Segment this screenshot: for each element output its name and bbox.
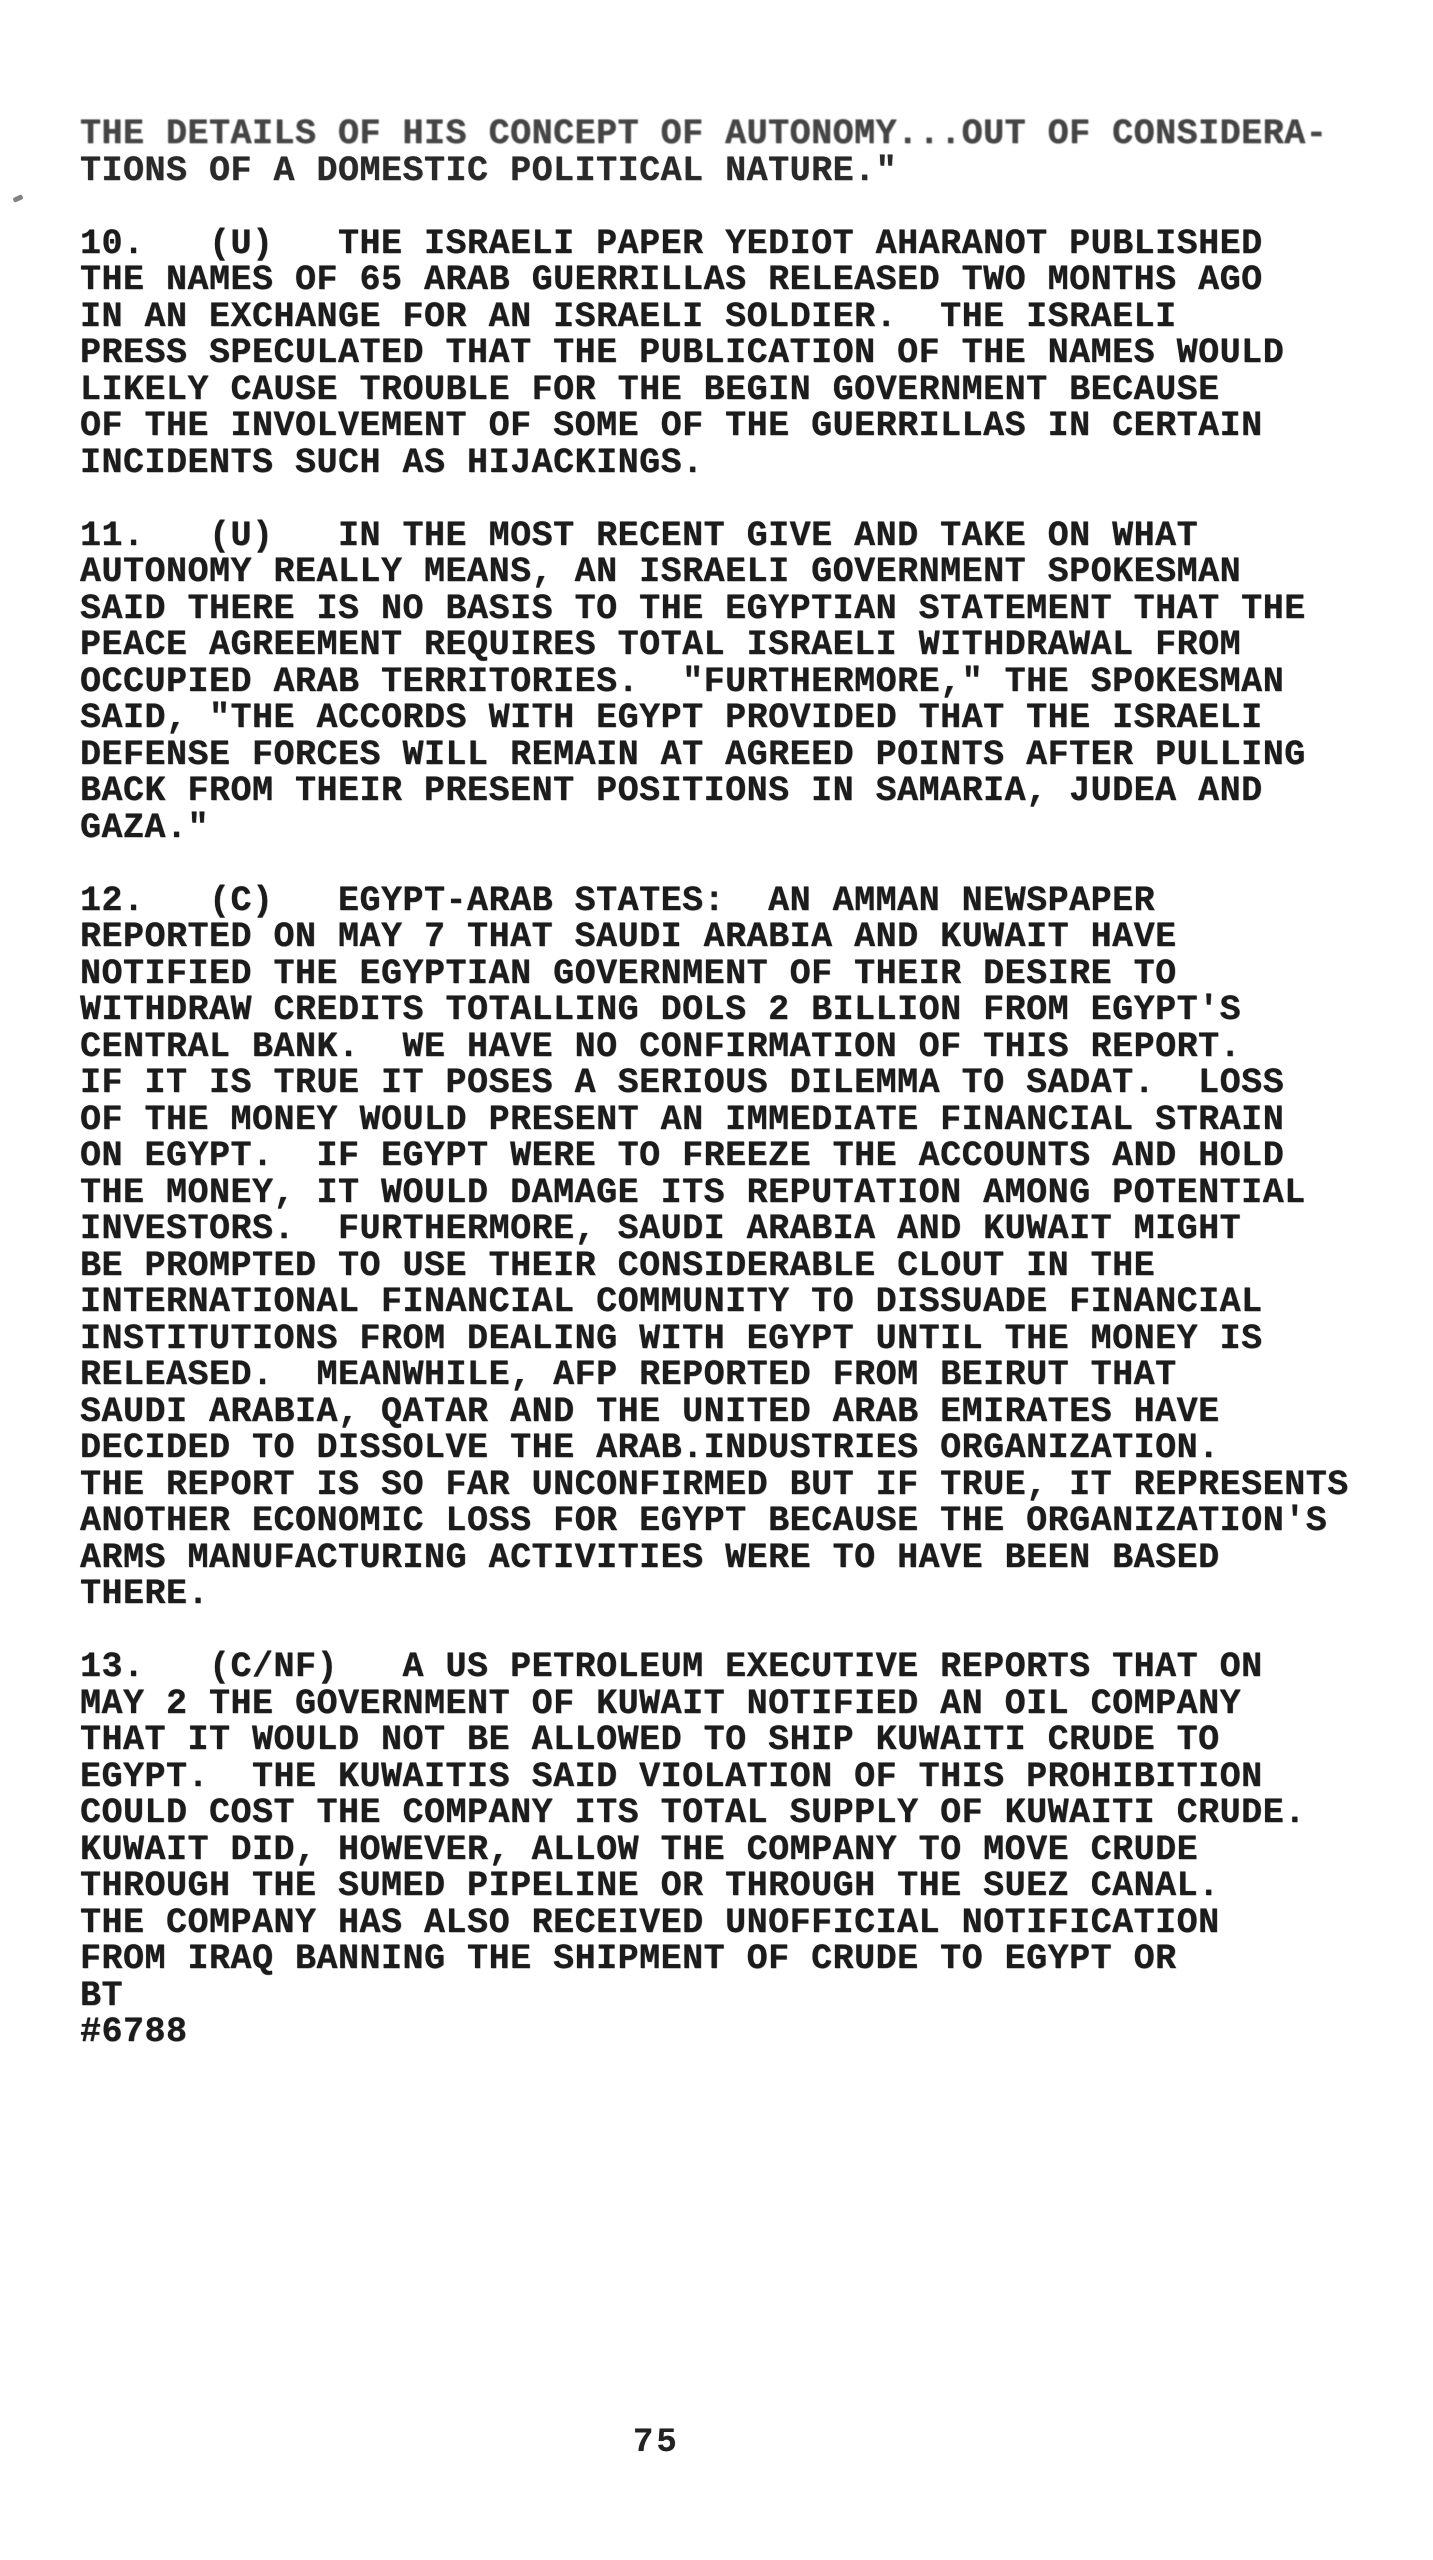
text-line: BE PROMPTED TO USE THEIR CONSIDERABLE CL… — [80, 1248, 1380, 1285]
text-line: 10. (U) THE ISRAELI PAPER YEDIOT AHARANO… — [80, 226, 1380, 263]
text-line: THE REPORT IS SO FAR UNCONFIRMED BUT IF … — [80, 1467, 1380, 1504]
text-line: ARMS MANUFACTURING ACTIVITIES WERE TO HA… — [80, 1540, 1380, 1577]
text-line: PRESS SPECULATED THAT THE PUBLICATION OF… — [80, 335, 1380, 372]
text-line: IN AN EXCHANGE FOR AN ISRAELI SOLDIER. T… — [80, 299, 1380, 336]
text-line: THERE. — [80, 1576, 1380, 1613]
text-line: INVESTORS. FURTHERMORE, SAUDI ARABIA AND… — [80, 1211, 1380, 1248]
text-line: 12. (C) EGYPT-ARAB STATES: AN AMMAN NEWS… — [80, 883, 1380, 920]
text-line: THE DETAILS OF HIS CONCEPT OF AUTONOMY..… — [80, 116, 1380, 153]
text-line: KUWAIT DID, HOWEVER, ALLOW THE COMPANY T… — [80, 1832, 1380, 1869]
text-line: COULD COST THE COMPANY ITS TOTAL SUPPLY … — [80, 1795, 1380, 1832]
text-line: TIONS OF A DOMESTIC POLITICAL NATURE." — [80, 153, 1380, 190]
text-line: DECIDED TO DISSOLVE THE ARAB.INDUSTRIES … — [80, 1430, 1380, 1467]
text-line: WITHDRAW CREDITS TOTALLING DOLS 2 BILLIO… — [80, 992, 1380, 1029]
text-line: INSTITUTIONS FROM DEALING WITH EGYPT UNT… — [80, 1321, 1380, 1358]
text-line: PEACE AGREEMENT REQUIRES TOTAL ISRAELI W… — [80, 627, 1380, 664]
text-line: DEFENSE FORCES WILL REMAIN AT AGREED POI… — [80, 737, 1380, 774]
text-line: OF THE MONEY WOULD PRESENT AN IMMEDIATE … — [80, 1102, 1380, 1139]
text-line: REPORTED ON MAY 7 THAT SAUDI ARABIA AND … — [80, 919, 1380, 956]
text-line: ANOTHER ECONOMIC LOSS FOR EGYPT BECAUSE … — [80, 1503, 1380, 1540]
text-line: NOTIFIED THE EGYPTIAN GOVERNMENT OF THEI… — [80, 956, 1380, 993]
document-body: THE DETAILS OF HIS CONCEPT OF AUTONOMY..… — [80, 116, 1380, 2087]
text-line: THE MONEY, IT WOULD DAMAGE ITS REPUTATIO… — [80, 1175, 1380, 1212]
paragraph-13: 13. (C/NF) A US PETROLEUM EXECUTIVE REPO… — [80, 1649, 1380, 1978]
document-page: THE DETAILS OF HIS CONCEPT OF AUTONOMY..… — [0, 0, 1433, 2560]
text-line: OCCUPIED ARAB TERRITORIES. "FURTHERMORE,… — [80, 664, 1380, 701]
paragraph-12: 12. (C) EGYPT-ARAB STATES: AN AMMAN NEWS… — [80, 883, 1380, 1613]
text-line: GAZA." — [80, 810, 1380, 847]
page-number: 75 — [633, 2424, 680, 2462]
text-line: THROUGH THE SUMED PIPELINE OR THROUGH TH… — [80, 1868, 1380, 1905]
text-line: RELEASED. MEANWHILE, AFP REPORTED FROM B… — [80, 1357, 1380, 1394]
scan-speck — [12, 194, 23, 203]
text-line: OF THE INVOLVEMENT OF SOME OF THE GUERRI… — [80, 408, 1380, 445]
text-line: SAUDI ARABIA, QATAR AND THE UNITED ARAB … — [80, 1394, 1380, 1431]
text-line: EGYPT. THE KUWAITIS SAID VIOLATION OF TH… — [80, 1759, 1380, 1796]
text-line: LIKELY CAUSE TROUBLE FOR THE BEGIN GOVER… — [80, 372, 1380, 409]
text-line: SAID THERE IS NO BASIS TO THE EGYPTIAN S… — [80, 591, 1380, 628]
text-line: ON EGYPT. IF EGYPT WERE TO FREEZE THE AC… — [80, 1138, 1380, 1175]
text-line: 11. (U) IN THE MOST RECENT GIVE AND TAKE… — [80, 518, 1380, 555]
text-line: CENTRAL BANK. WE HAVE NO CONFIRMATION OF… — [80, 1029, 1380, 1066]
text-line: INTERNATIONAL FINANCIAL COMMUNITY TO DIS… — [80, 1284, 1380, 1321]
text-line: THE NAMES OF 65 ARAB GUERRILLAS RELEASED… — [80, 262, 1380, 299]
text-line: #6788 — [80, 2014, 1380, 2051]
continuation-paragraph: THE DETAILS OF HIS CONCEPT OF AUTONOMY..… — [80, 116, 1380, 189]
text-line: BACK FROM THEIR PRESENT POSITIONS IN SAM… — [80, 773, 1380, 810]
text-line: THAT IT WOULD NOT BE ALLOWED TO SHIP KUW… — [80, 1722, 1380, 1759]
text-line: IF IT IS TRUE IT POSES A SERIOUS DILEMMA… — [80, 1065, 1380, 1102]
text-line: 13. (C/NF) A US PETROLEUM EXECUTIVE REPO… — [80, 1649, 1380, 1686]
message-signoff: BT#6788 — [80, 1978, 1380, 2051]
paragraph-10: 10. (U) THE ISRAELI PAPER YEDIOT AHARANO… — [80, 226, 1380, 482]
text-line: INCIDENTS SUCH AS HIJACKINGS. — [80, 445, 1380, 482]
paragraph-11: 11. (U) IN THE MOST RECENT GIVE AND TAKE… — [80, 518, 1380, 847]
text-line: THE COMPANY HAS ALSO RECEIVED UNOFFICIAL… — [80, 1905, 1380, 1942]
text-line: BT — [80, 1978, 1380, 2015]
text-line: FROM IRAQ BANNING THE SHIPMENT OF CRUDE … — [80, 1941, 1380, 1978]
text-line: MAY 2 THE GOVERNMENT OF KUWAIT NOTIFIED … — [80, 1686, 1380, 1723]
text-line: SAID, "THE ACCORDS WITH EGYPT PROVIDED T… — [80, 700, 1380, 737]
text-line: AUTONOMY REALLY MEANS, AN ISRAELI GOVERN… — [80, 554, 1380, 591]
